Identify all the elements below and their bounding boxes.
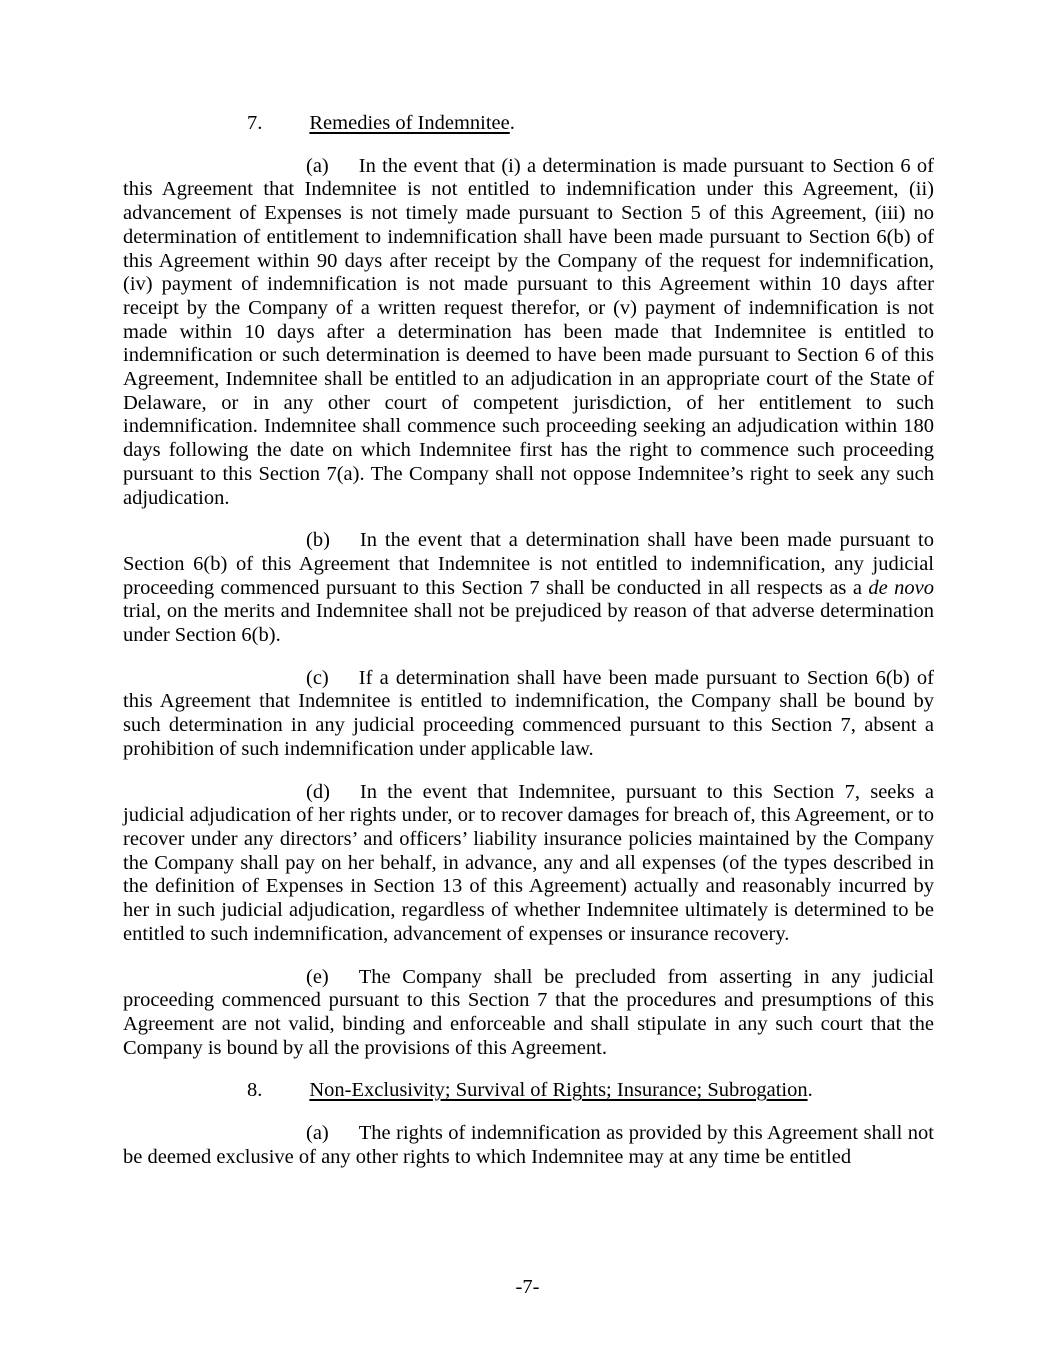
text-segment: In the event that a determination shall … <box>123 529 934 598</box>
text-segment: de novo <box>868 577 934 599</box>
document-body: 7.Remedies of Indemnitee.(a)In the event… <box>123 112 934 1169</box>
text-segment: The Company shall be precluded from asse… <box>123 966 934 1059</box>
section-heading: 7.Remedies of Indemnitee. <box>247 112 934 136</box>
paragraph-label: (a) <box>306 155 329 177</box>
section-number: 7. <box>247 112 262 134</box>
text-segment: The rights of indemnification as provide… <box>123 1122 934 1168</box>
section-title: Remedies of Indemnitee <box>309 112 509 134</box>
section-number: 8. <box>247 1079 262 1101</box>
section-title-suffix: . <box>808 1079 813 1101</box>
text-segment: If a determination shall have been made … <box>123 667 934 760</box>
text-segment: In the event that Indemnitee, pursuant t… <box>123 781 934 945</box>
paragraph-label: (a) <box>306 1122 329 1144</box>
paragraph: (d)In the event that Indemnitee, pursuan… <box>123 781 934 947</box>
section-heading: 8.Non-Exclusivity; Survival of Rights; I… <box>247 1079 934 1103</box>
paragraph-label: (e) <box>306 966 329 988</box>
paragraph-label: (d) <box>306 781 330 803</box>
text-segment: In the event that (i) a determination is… <box>123 155 934 509</box>
paragraph-label: (b) <box>306 529 330 551</box>
document-page: 7.Remedies of Indemnitee.(a)In the event… <box>0 0 1055 1365</box>
page-number: -7- <box>0 1276 1055 1300</box>
paragraph-label: (c) <box>306 667 329 689</box>
paragraph: (c)If a determination shall have been ma… <box>123 667 934 762</box>
paragraph: (a)In the event that (i) a determination… <box>123 155 934 511</box>
paragraph: (e)The Company shall be precluded from a… <box>123 966 934 1061</box>
paragraph: (b)In the event that a determination sha… <box>123 529 934 648</box>
text-segment: trial, on the merits and Indemnitee shal… <box>123 600 934 646</box>
section-title: Non-Exclusivity; Survival of Rights; Ins… <box>309 1079 807 1101</box>
paragraph: (a)The rights of indemnification as prov… <box>123 1122 934 1169</box>
section-title-suffix: . <box>510 112 515 134</box>
